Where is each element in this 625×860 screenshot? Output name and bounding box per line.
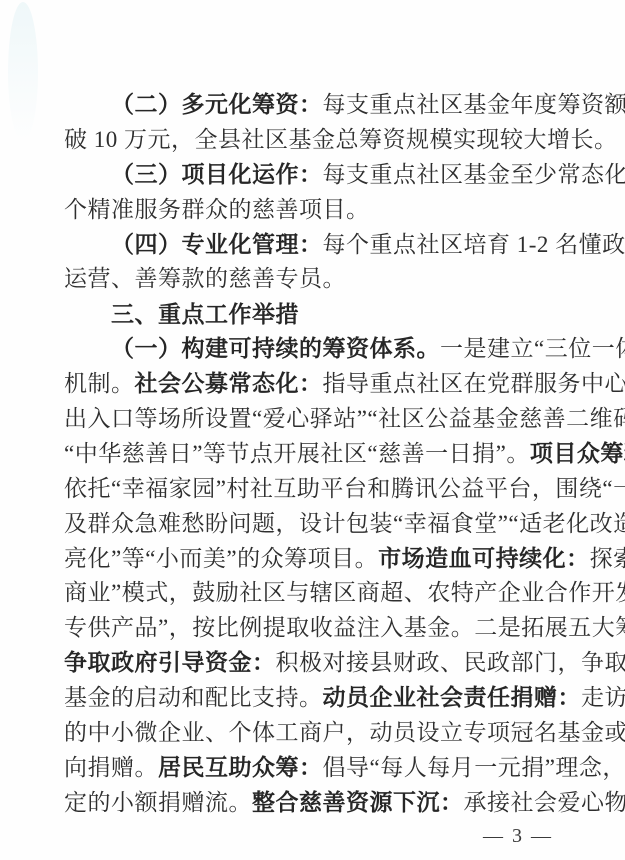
body-text: 走访辖区内	[581, 685, 625, 710]
body-text: 每支重点社区基金年度筹资额力争突	[323, 92, 625, 117]
emphasis-text: 社会公募常态化：	[135, 371, 323, 396]
body-text: 专供产品”，按比例提取收益注入基金。二是拓展五大筹资渠道。	[64, 615, 625, 640]
body-text: 个精准服务群众的慈善项目。	[64, 197, 370, 222]
document-lines: （二）多元化筹资：每支重点社区基金年度筹资额力争突破 10 万元，全县社区基金总…	[64, 88, 564, 821]
body-text: “中华慈善日”等节点开展社区“慈善一日捐”。	[64, 441, 530, 466]
document-line: （三）项目化运作：每支重点社区基金至少常态化运行 1-2	[64, 158, 564, 193]
body-text: 亮化”等“小而美”的众筹项目。	[64, 546, 378, 571]
emphasis-text: 争取政府引导资金：	[64, 650, 276, 675]
emphasis-text: （二）多元化筹资：	[111, 92, 323, 117]
document-line: 定的小额捐赠流。整合慈善资源下沉：承接社会爱心物资捐赠	[64, 786, 564, 821]
emphasis-text: （一）构建可持续的筹资体系。	[111, 336, 440, 361]
body-text: 一是建立“三位一体”筹资	[440, 336, 625, 361]
body-text: 商业”模式，鼓励社区与辖区商超、农特产企业合作开发“慈善	[64, 580, 625, 605]
body-text: 及群众急难愁盼问题，设计包装“幸福食堂”“适老化改造”“村居	[64, 511, 625, 536]
body-text: 依托“幸福家园”村社互助平台和腾讯公益平台，围绕“一老一小”	[64, 476, 625, 501]
document-line: 基金的启动和配比支持。动员企业社会责任捐赠：走访辖区内	[64, 681, 564, 716]
document-line: “中华慈善日”等节点开展社区“慈善一日捐”。项目众筹精准化：	[64, 437, 564, 472]
emphasis-text: 居民互助众筹：	[158, 755, 323, 780]
body-text: 向捐赠。	[64, 755, 158, 780]
body-text: 定的小额捐赠流。	[64, 790, 252, 815]
document-line: 的中小微企业、个体工商户，动员设立专项冠名基金或开展定	[64, 716, 564, 751]
body-text: 机制。	[64, 371, 135, 396]
scan-artifact	[8, 2, 38, 142]
document-line: 亮化”等“小而美”的众筹项目。市场造血可持续化：探索“公益+	[64, 542, 564, 577]
body-text: 出入口等场所设置“爱心驿站”“社区公益基金慈善二维码”，结合	[64, 406, 625, 431]
section-heading: 三、重点工作举措	[64, 297, 564, 332]
body-text: 积极对接县财政、民政部门，争取对社区	[276, 650, 625, 675]
body-text: 每支重点社区基金至少常态化运行 1-2	[323, 162, 625, 187]
document-line: 运营、善筹款的慈善专员。	[64, 262, 564, 297]
emphasis-text: 市场造血可持续化：	[378, 546, 590, 571]
emphasis-text: 项目众筹精准化：	[530, 441, 625, 466]
body-text: 倡导“每人每月一元捐”理念，形成稳	[323, 755, 625, 780]
body-text: 运营、善筹款的慈善专员。	[64, 266, 346, 291]
document-line: （四）专业化管理：每个重点社区培育 1-2 名懂政策、会	[64, 228, 564, 263]
document-line: 依托“幸福家园”村社互助平台和腾讯公益平台，围绕“一老一小”	[64, 472, 564, 507]
emphasis-text: （四）专业化管理：	[111, 232, 323, 257]
body-text: 指导重点社区在党群服务中心、小区	[323, 371, 625, 396]
body-text: 基金的启动和配比支持。	[64, 685, 323, 710]
document-line: （二）多元化筹资：每支重点社区基金年度筹资额力争突	[64, 88, 564, 123]
document-line: 专供产品”，按比例提取收益注入基金。二是拓展五大筹资渠道。	[64, 611, 564, 646]
emphasis-text: 三、重点工作举措	[111, 301, 299, 327]
document-line: 争取政府引导资金：积极对接县财政、民政部门，争取对社区	[64, 646, 564, 681]
document-line: 向捐赠。居民互助众筹：倡导“每人每月一元捐”理念，形成稳	[64, 751, 564, 786]
body-text: 每个重点社区培育 1-2 名懂政策、会	[323, 232, 625, 257]
body-text: 破 10 万元，全县社区基金总筹资规模实现较大增长。	[64, 127, 618, 152]
document-line: 及群众急难愁盼问题，设计包装“幸福食堂”“适老化改造”“村居	[64, 507, 564, 542]
document-line: 破 10 万元，全县社区基金总筹资规模实现较大增长。	[64, 123, 564, 158]
document-line: （一）构建可持续的筹资体系。一是建立“三位一体”筹资	[64, 332, 564, 367]
document-line: 机制。社会公募常态化：指导重点社区在党群服务中心、小区	[64, 367, 564, 402]
body-text: 的中小微企业、个体工商户，动员设立专项冠名基金或开展定	[64, 720, 625, 745]
document-line: 商业”模式，鼓励社区与辖区商超、农特产企业合作开发“慈善	[64, 576, 564, 611]
emphasis-text: 动员企业社会责任捐赠：	[323, 685, 582, 710]
emphasis-text: （三）项目化运作：	[111, 162, 323, 187]
document-line: 个精准服务群众的慈善项目。	[64, 193, 564, 228]
document-page: （二）多元化筹资：每支重点社区基金年度筹资额力争突破 10 万元，全县社区基金总…	[0, 0, 625, 860]
emphasis-text: 整合慈善资源下沉：	[252, 790, 464, 815]
body-text: 承接社会爱心物资捐赠	[464, 790, 625, 815]
page-number: — 3 —	[483, 824, 553, 848]
document-line: 出入口等场所设置“爱心驿站”“社区公益基金慈善二维码”，结合	[64, 402, 564, 437]
body-text: 探索“公益+	[590, 546, 625, 571]
